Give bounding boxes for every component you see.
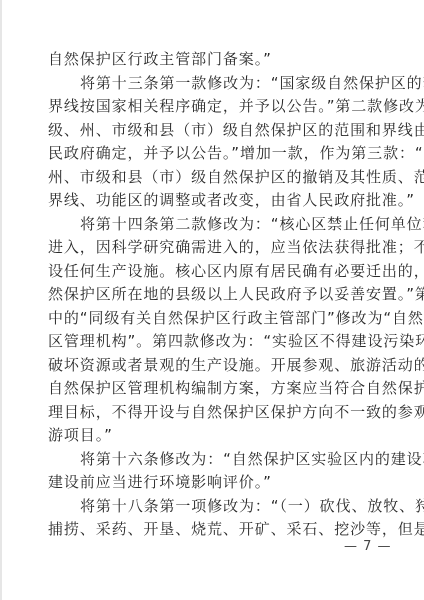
- page-number: — 7 —: [344, 539, 392, 554]
- text-line: 破坏资源或者景观的生产设施。开展参观、旅游活动的，由: [48, 354, 386, 378]
- text-line: 自然保护区管理机构编制方案，方案应当符合自然保护区管: [48, 377, 386, 401]
- text-line: 捕捞、采药、开垦、烧荒、开矿、采石、挖沙等，但是法律、: [48, 518, 386, 542]
- text-line: 设任何生产设施。核心区内原有居民确有必要迁出的，由自: [48, 260, 386, 284]
- text-line: 将第十四条第二款修改为：“核心区禁止任何单位和个人: [48, 213, 386, 237]
- text-line: 州、市级和县（市）级自然保护区的撤销及其性质、范围、: [48, 166, 386, 190]
- text-line: 界线按国家相关程序确定，并予以公告。”第二款修改为：“省: [48, 95, 386, 119]
- text-line: 将第十三条第一款修改为：“国家级自然保护区的范围和: [48, 72, 386, 96]
- text-line: 区管理机构”。第四款修改为：“实验区不得建设污染环境、: [48, 330, 386, 354]
- text-line: 建设前应当进行环境影响评价。”: [48, 471, 386, 495]
- text-line: 将第十八条第一项修改为：“（一）砍伐、放牧、狩猎、: [48, 495, 386, 519]
- text-line: 然保护区所在地的县级以上人民政府予以妥善安置。”第三款: [48, 283, 386, 307]
- text-line: 自然保护区行政主管部门备案。”: [48, 48, 386, 72]
- text-line: 中的“同级有关自然保护区行政主管部门”修改为“自然保护: [48, 307, 386, 331]
- text-line: 界线、功能区的调整或者改变，由省人民政府批准。”: [48, 189, 386, 213]
- text-line: 理目标，不得开设与自然保护区保护方向不一致的参观、旅: [48, 401, 386, 425]
- text-line: 游项目。”: [48, 424, 386, 448]
- text-line: 民政府确定，并予以公告。”增加一款，作为第三款：“省级、: [48, 142, 386, 166]
- document-body: 自然保护区行政主管部门备案。” 将第十三条第一款修改为：“国家级自然保护区的范围…: [48, 48, 386, 542]
- text-line: 级、州、市级和县（市）级自然保护区的范围和界线由省人: [48, 119, 386, 143]
- text-line: 将第十六条修改为：“自然保护区实验区内的建设项目，: [48, 448, 386, 472]
- page-edge: [0, 0, 2, 600]
- text-line: 进入，因科学研究确需进入的，应当依法获得批准；不得建: [48, 236, 386, 260]
